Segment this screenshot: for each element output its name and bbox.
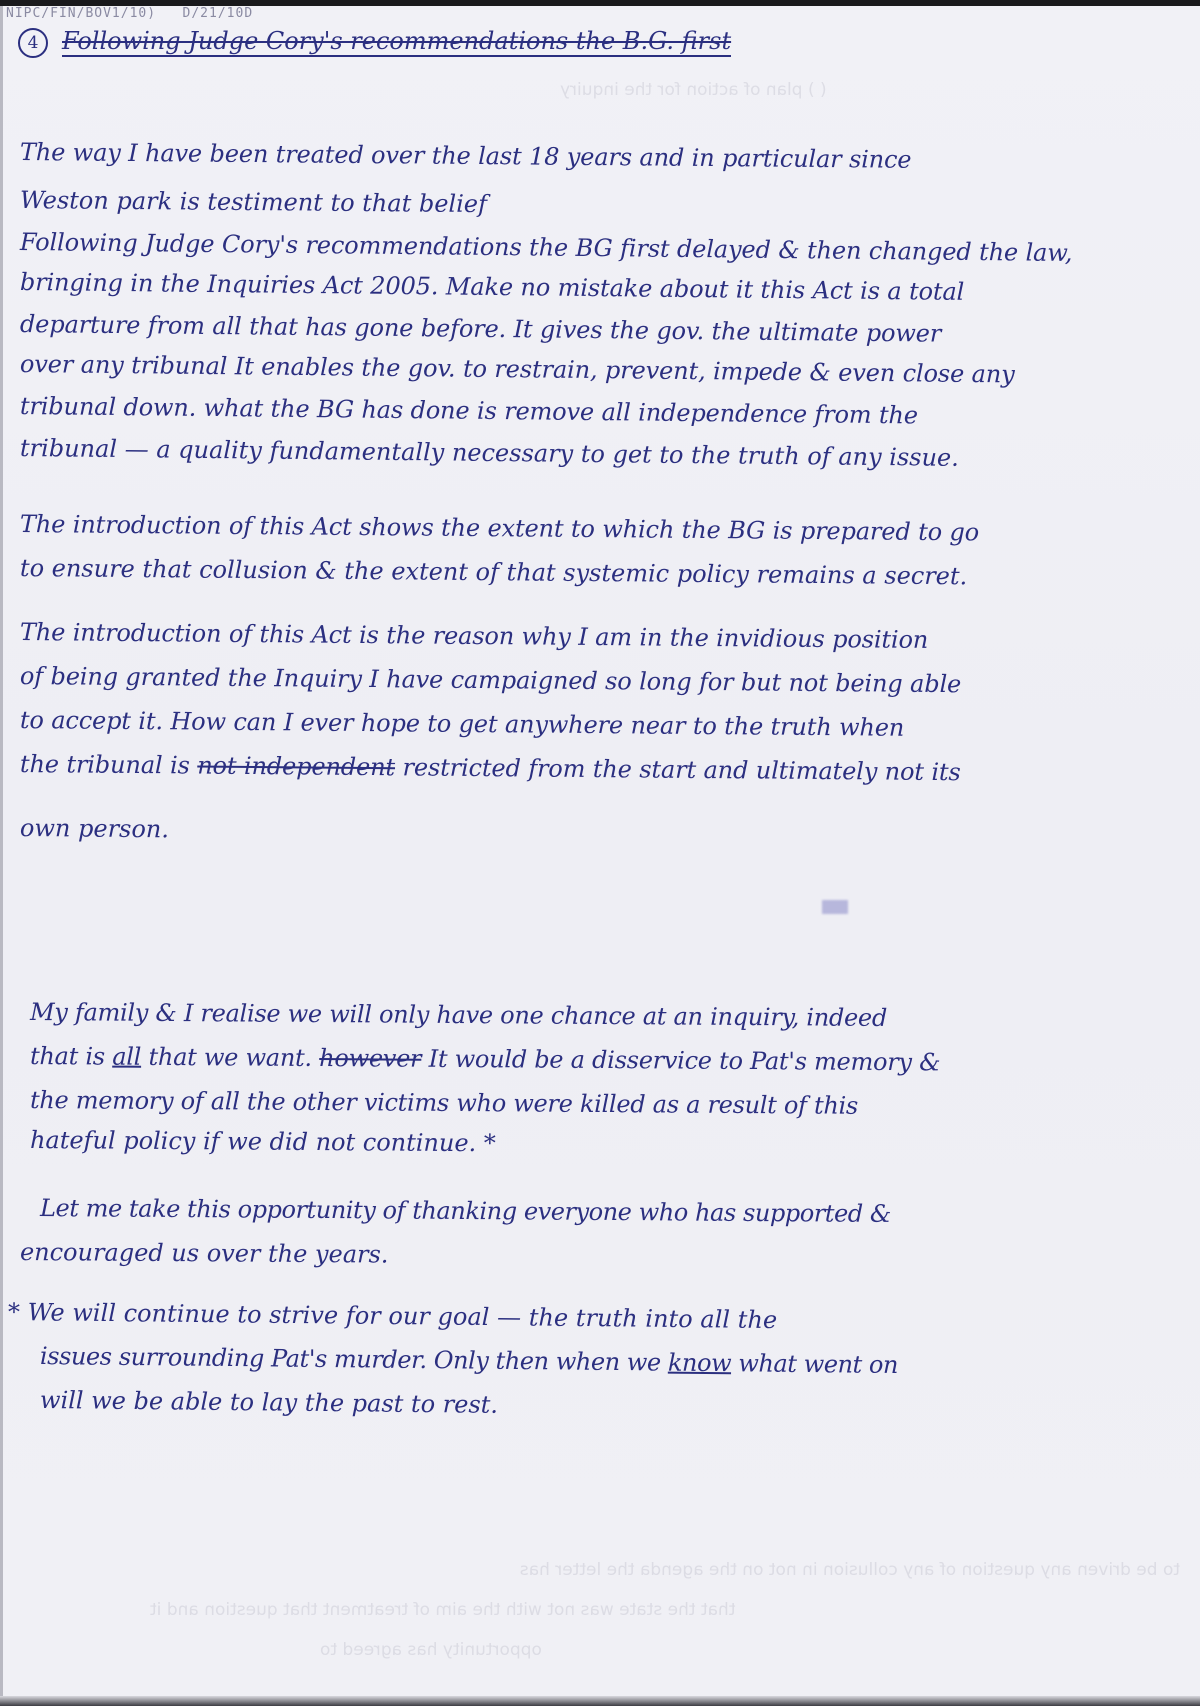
show-through-text: to be driven any question of any collusi… [20,1560,1180,1580]
underlined-word: all [112,1043,141,1071]
show-through-text: ( ) plan of action for the inquiry [560,80,827,100]
show-through-text: opportunity has agreed to [320,1640,542,1660]
show-through-text: that the state was not with the aim of t… [150,1600,735,1620]
scan-left-edge [0,6,3,1696]
struck-word: not independent [197,752,395,782]
scan-bottom-edge [0,1696,1200,1706]
page-heading: 4 Following Judge Cory's recommendations… [18,28,731,58]
struck-word: however [319,1044,421,1073]
ink-smudge [822,900,848,914]
struck-heading: Following Judge Cory's recommendations t… [62,29,731,57]
underlined-word: know [668,1349,732,1378]
page-number-badge: 4 [18,28,48,58]
document-reference: NIPC/FIN/BOV1/10) D/21/10D [6,6,253,21]
